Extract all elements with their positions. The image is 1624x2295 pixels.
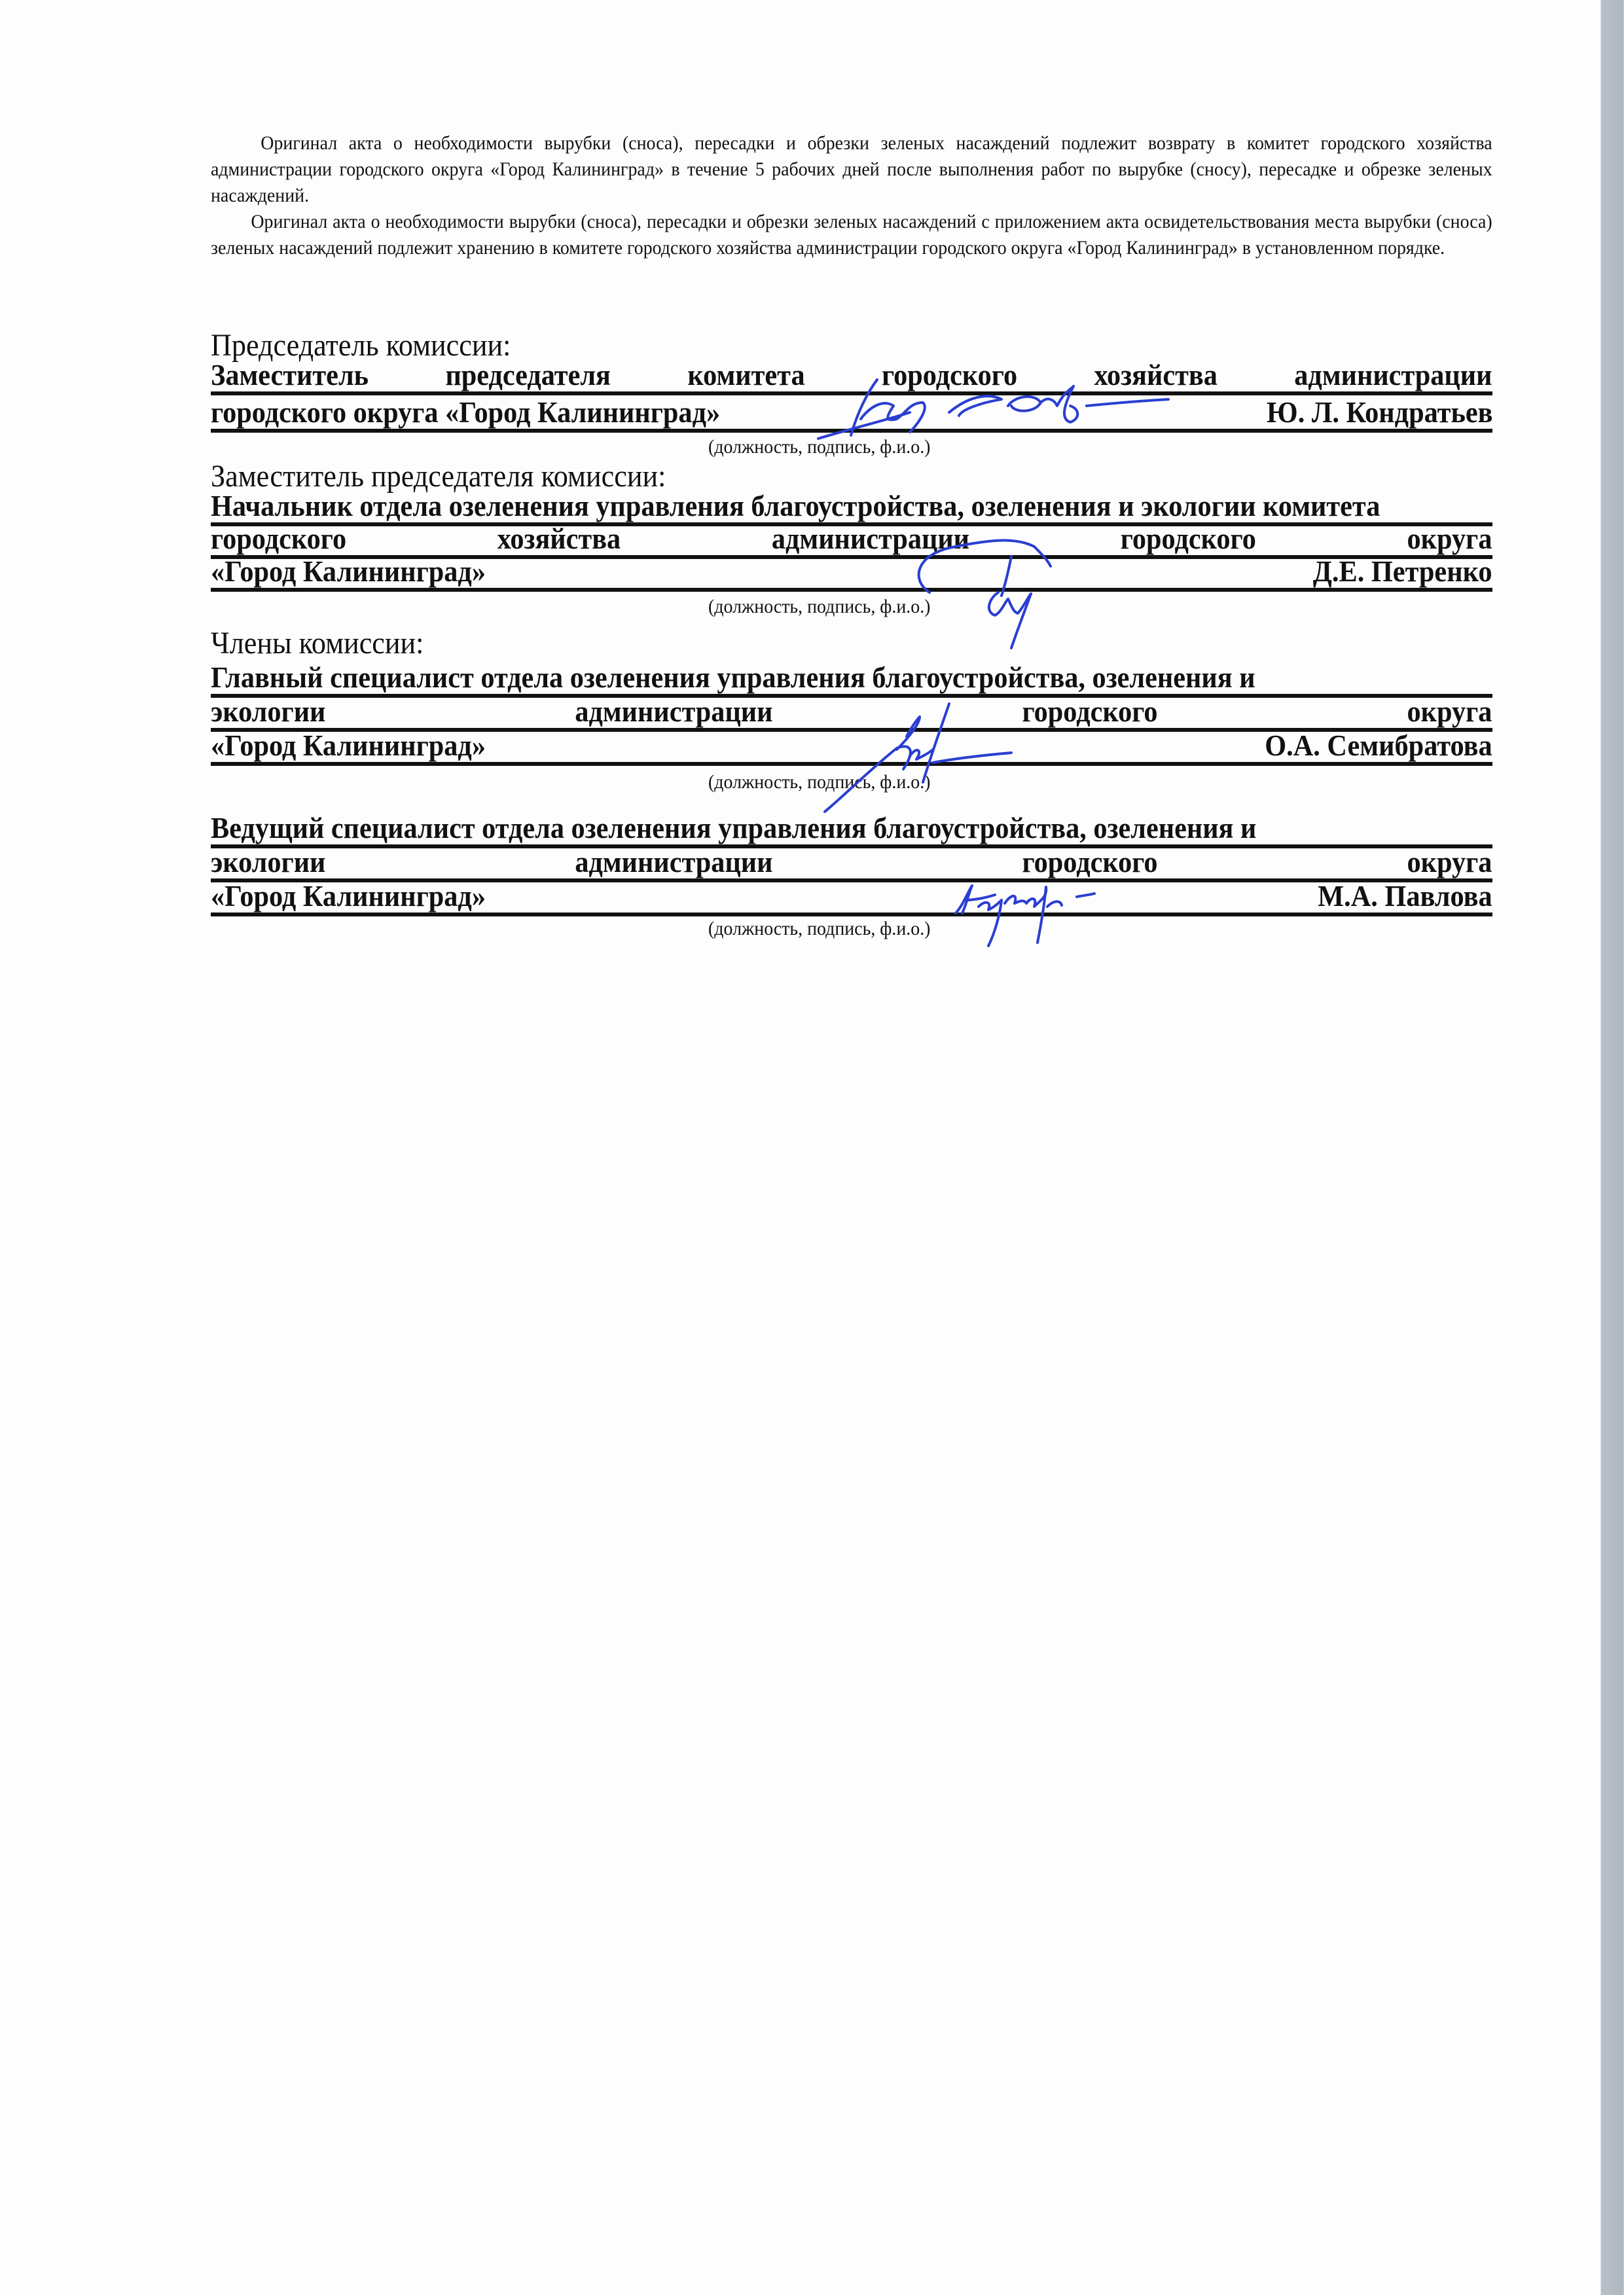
deputy-position-line-2: городскогохозяйстваадминистрациигородско… bbox=[211, 522, 1492, 559]
member-2-position-line-1: Ведущий специалист отдела озеленения упр… bbox=[211, 812, 1492, 848]
member-2-position-line-3: «Город Калининград» М.А. Павлова bbox=[211, 880, 1492, 916]
position-word: округа bbox=[1407, 695, 1492, 728]
member-2-position-text: Ведущий специалист отдела озеленения упр… bbox=[211, 812, 1492, 844]
deputy-name: Д.Е. Петренко bbox=[1313, 555, 1492, 588]
member-1-position-line-2: экологииадминистрациигородскогоокруга bbox=[211, 695, 1492, 732]
position-word: хозяйства bbox=[497, 522, 621, 555]
position-word: хозяйства bbox=[1094, 359, 1217, 391]
members-label: Члены комиссии: bbox=[211, 625, 424, 662]
member-1-position-line-1: Главный специалист отдела озеленения упр… bbox=[211, 661, 1492, 698]
position-word: городского bbox=[1022, 695, 1157, 728]
position-word: округа bbox=[1407, 522, 1492, 555]
member-2-position-words: экологииадминистрациигородскогоокруга bbox=[211, 846, 1492, 878]
member-1-position-text: Главный специалист отдела озеленения упр… bbox=[211, 661, 1492, 694]
position-word: администрации bbox=[575, 846, 772, 878]
chairman-name: Ю. Л. Кондратьев bbox=[1267, 396, 1492, 429]
deputy-position-text-3: «Город Калининград» bbox=[211, 555, 1492, 588]
position-word: городского bbox=[1022, 846, 1157, 878]
position-word: администрации bbox=[575, 695, 772, 728]
member-2-position-line-2: экологииадминистрациигородскогоокруга bbox=[211, 846, 1492, 882]
position-word: округа bbox=[1407, 846, 1492, 878]
position-word: городского bbox=[211, 522, 346, 555]
deputy-caption: (должность, подпись, ф.и.о.) bbox=[708, 596, 930, 618]
position-word: председателя bbox=[445, 359, 610, 391]
paragraph-text: Оригинал акта о необходимости вырубки (с… bbox=[211, 211, 1492, 259]
chairman-position-line-1: Заместительпредседателякомитетагородског… bbox=[211, 359, 1492, 395]
paragraph-text: Оригинал акта о необходимости вырубки (с… bbox=[211, 132, 1492, 206]
chairman-position-line-2: городского округа «Город Калининград» Ю.… bbox=[211, 396, 1492, 433]
paragraph-return-original: Оригинал акта о необходимости вырубки (с… bbox=[211, 130, 1492, 209]
deputy-position-line-3: «Город Калининград» Д.Е. Петренко bbox=[211, 555, 1492, 592]
paragraph-storage-original: Оригинал акта о необходимости вырубки (с… bbox=[211, 209, 1492, 261]
position-word: комитета bbox=[687, 359, 804, 391]
position-word: городского bbox=[1121, 522, 1256, 555]
position-word: экологии bbox=[211, 846, 325, 878]
position-word: городского bbox=[882, 359, 1017, 391]
member-2-name: М.А. Павлова bbox=[1318, 880, 1492, 913]
chairman-position-words: Заместительпредседателякомитетагородског… bbox=[211, 359, 1492, 391]
position-word: администрации bbox=[772, 522, 969, 555]
chairman-caption: (должность, подпись, ф.и.о.) bbox=[708, 436, 930, 458]
member-1-position-words: экологииадминистрациигородскогоокруга bbox=[211, 695, 1492, 728]
deputy-position-words: городскогохозяйстваадминистрациигородско… bbox=[211, 522, 1492, 555]
deputy-position-line-1: Начальник отдела озеленения управления б… bbox=[211, 490, 1492, 526]
member-2-caption: (должность, подпись, ф.и.о.) bbox=[708, 918, 930, 940]
position-word: администрации bbox=[1294, 359, 1492, 391]
member-1-caption: (должность, подпись, ф.и.о.) bbox=[708, 771, 930, 793]
position-word: Заместитель bbox=[211, 359, 369, 391]
deputy-position-text: Начальник отдела озеленения управления б… bbox=[211, 490, 1492, 522]
member-1-position-line-3: «Город Калининград» О.А. Семибратова bbox=[211, 729, 1492, 766]
member-2-position-text-3: «Город Калининград» bbox=[211, 880, 1492, 913]
member-1-name: О.А. Семибратова bbox=[1265, 729, 1492, 762]
position-word: экологии bbox=[211, 695, 325, 728]
scan-page-edge bbox=[1597, 0, 1624, 2295]
